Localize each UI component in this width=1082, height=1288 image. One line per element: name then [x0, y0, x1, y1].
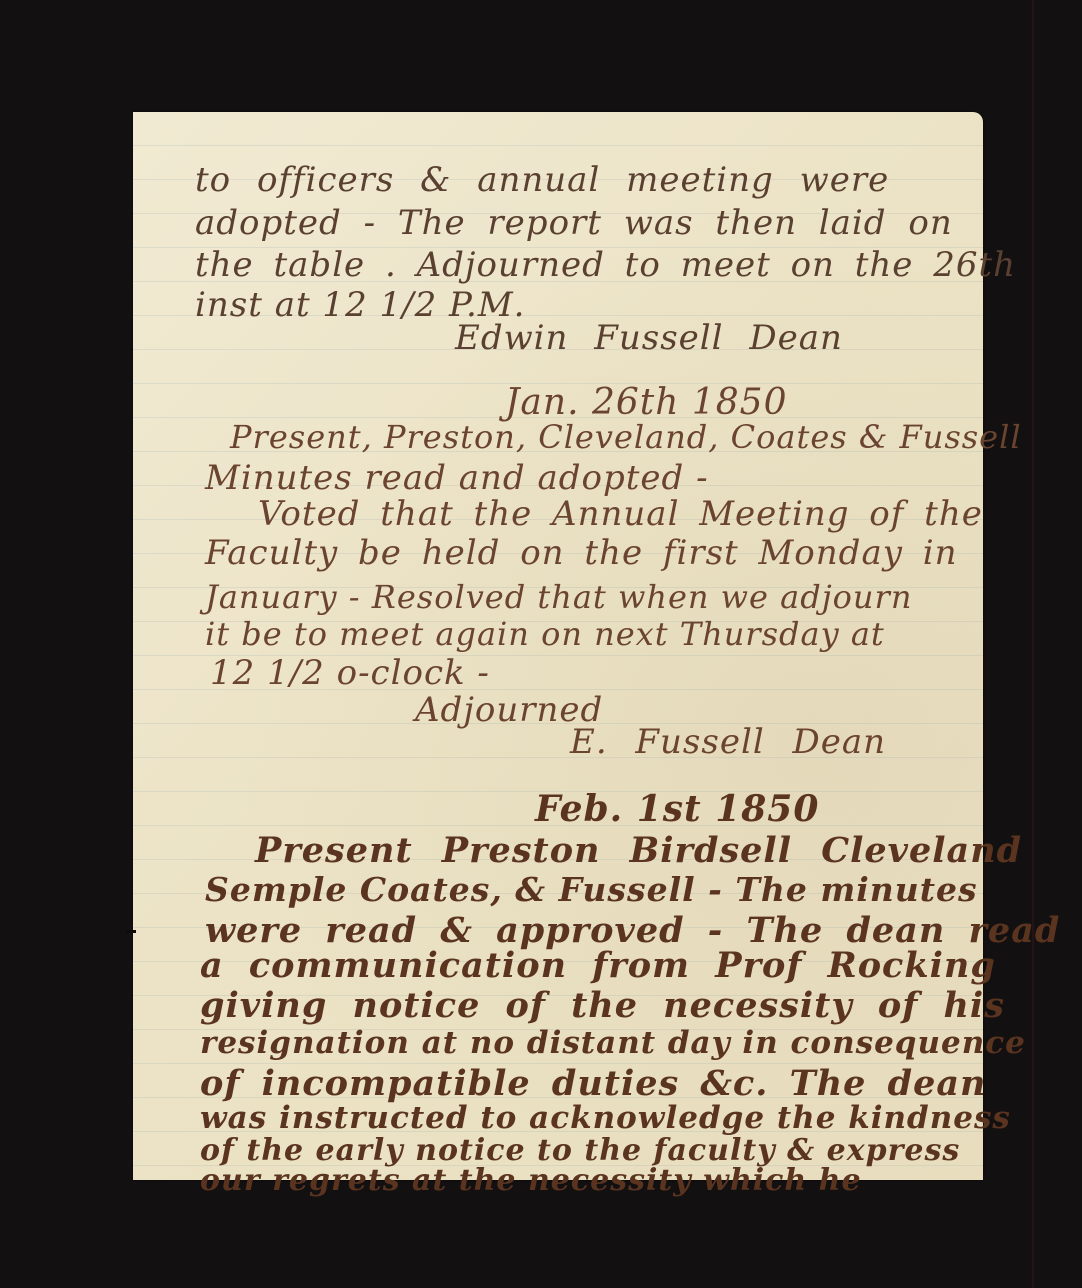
entry-1-line-1: to officers & annual meeting were — [195, 160, 889, 200]
page-edge-mark — [126, 930, 136, 933]
entry-2-signature: E. Fussell Dean — [570, 722, 886, 762]
entry-2-line-3: Voted that the Annual Meeting of the — [258, 494, 983, 534]
entry-3-date: Feb. 1st 1850 — [535, 788, 819, 830]
entry-3-line-10: our regrets at the necessity which he — [200, 1163, 862, 1198]
entry-2-line-4: Faculty be held on the first Monday in — [205, 533, 958, 573]
entry-1-line-2: adopted - The report was then laid on — [195, 203, 953, 243]
entry-2-line-2: Minutes read and adopted - — [205, 458, 709, 498]
entry-2-line-6: it be to meet again on next Thursday at — [205, 615, 885, 653]
entry-1-signature: Edwin Fussell Dean — [455, 318, 843, 358]
entry-3-line-1: Present Preston Birdsell Cleveland — [255, 830, 1022, 871]
entry-3-line-5: giving notice of the necessity of his — [200, 985, 1005, 1026]
entry-1-line-3: the table . Adjourned to meet on the 26t… — [195, 245, 1016, 285]
entry-3-line-8: was instructed to acknowledge the kindne… — [200, 1100, 1011, 1136]
entry-2-line-5: January - Resolved that when we adjourn — [205, 578, 912, 616]
entry-2-date: Jan. 26th 1850 — [505, 382, 788, 423]
entry-2-line-7: 12 1/2 o-clock - — [210, 653, 490, 693]
entry-3-line-6: resignation at no distant day in consequ… — [200, 1025, 1026, 1061]
entry-3-line-2: Semple Coates, & Fussell - The minutes — [205, 870, 978, 909]
backdrop-stripe — [1032, 0, 1034, 1288]
entry-2-line-1: Present, Preston, Cleveland, Coates & Fu… — [230, 418, 1022, 456]
entry-3-line-9: of the early notice to the faculty & exp… — [200, 1133, 960, 1168]
entry-3-line-4: a communication from Prof Rocking — [200, 945, 996, 986]
entry-3-line-7: of incompatible duties &c. The dean — [200, 1063, 986, 1104]
